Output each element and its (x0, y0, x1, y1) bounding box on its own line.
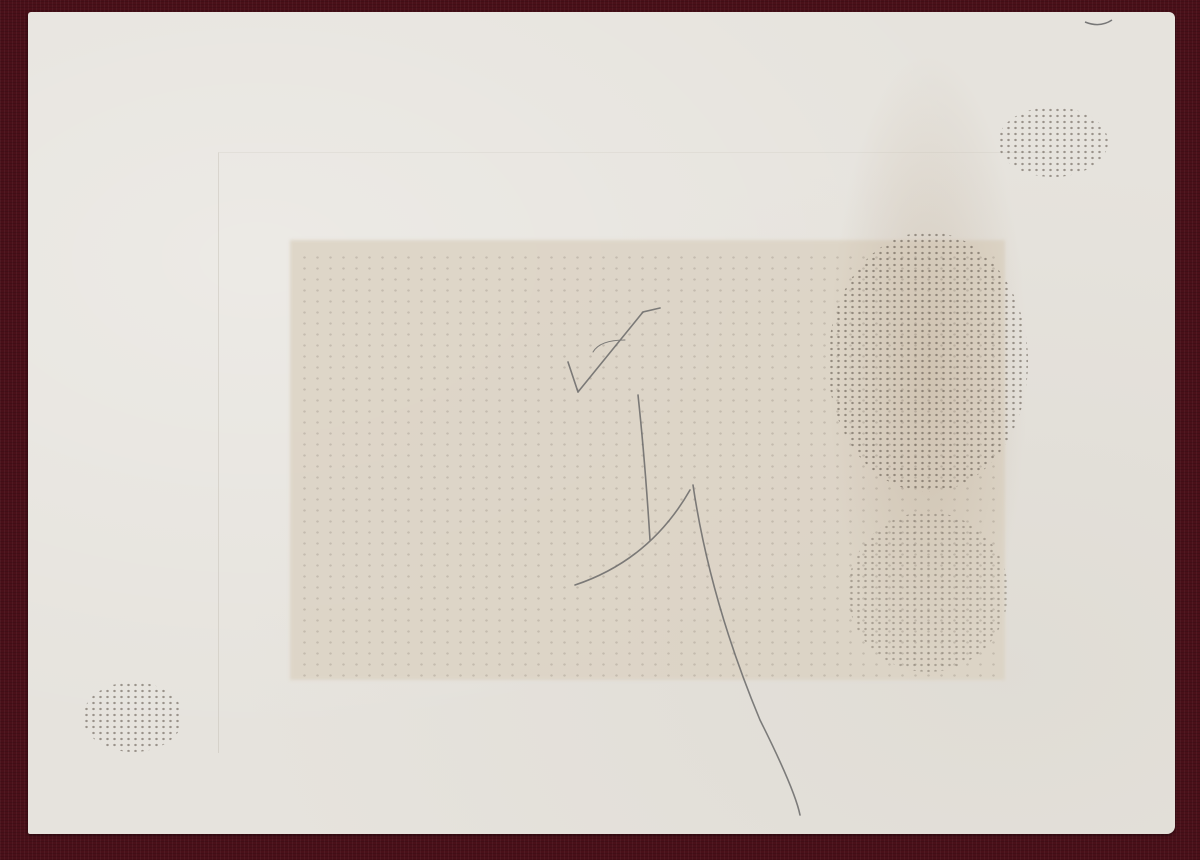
top-right-mark (1085, 20, 1112, 25)
pencil-stroke-3 (593, 340, 625, 352)
pencil-stroke-6 (693, 485, 800, 815)
pencil-marks (0, 0, 1200, 860)
pencil-stroke-2 (578, 308, 660, 392)
pencil-stroke-1 (568, 362, 578, 392)
pencil-stroke-5 (575, 490, 690, 585)
pencil-stroke-4 (638, 395, 650, 540)
